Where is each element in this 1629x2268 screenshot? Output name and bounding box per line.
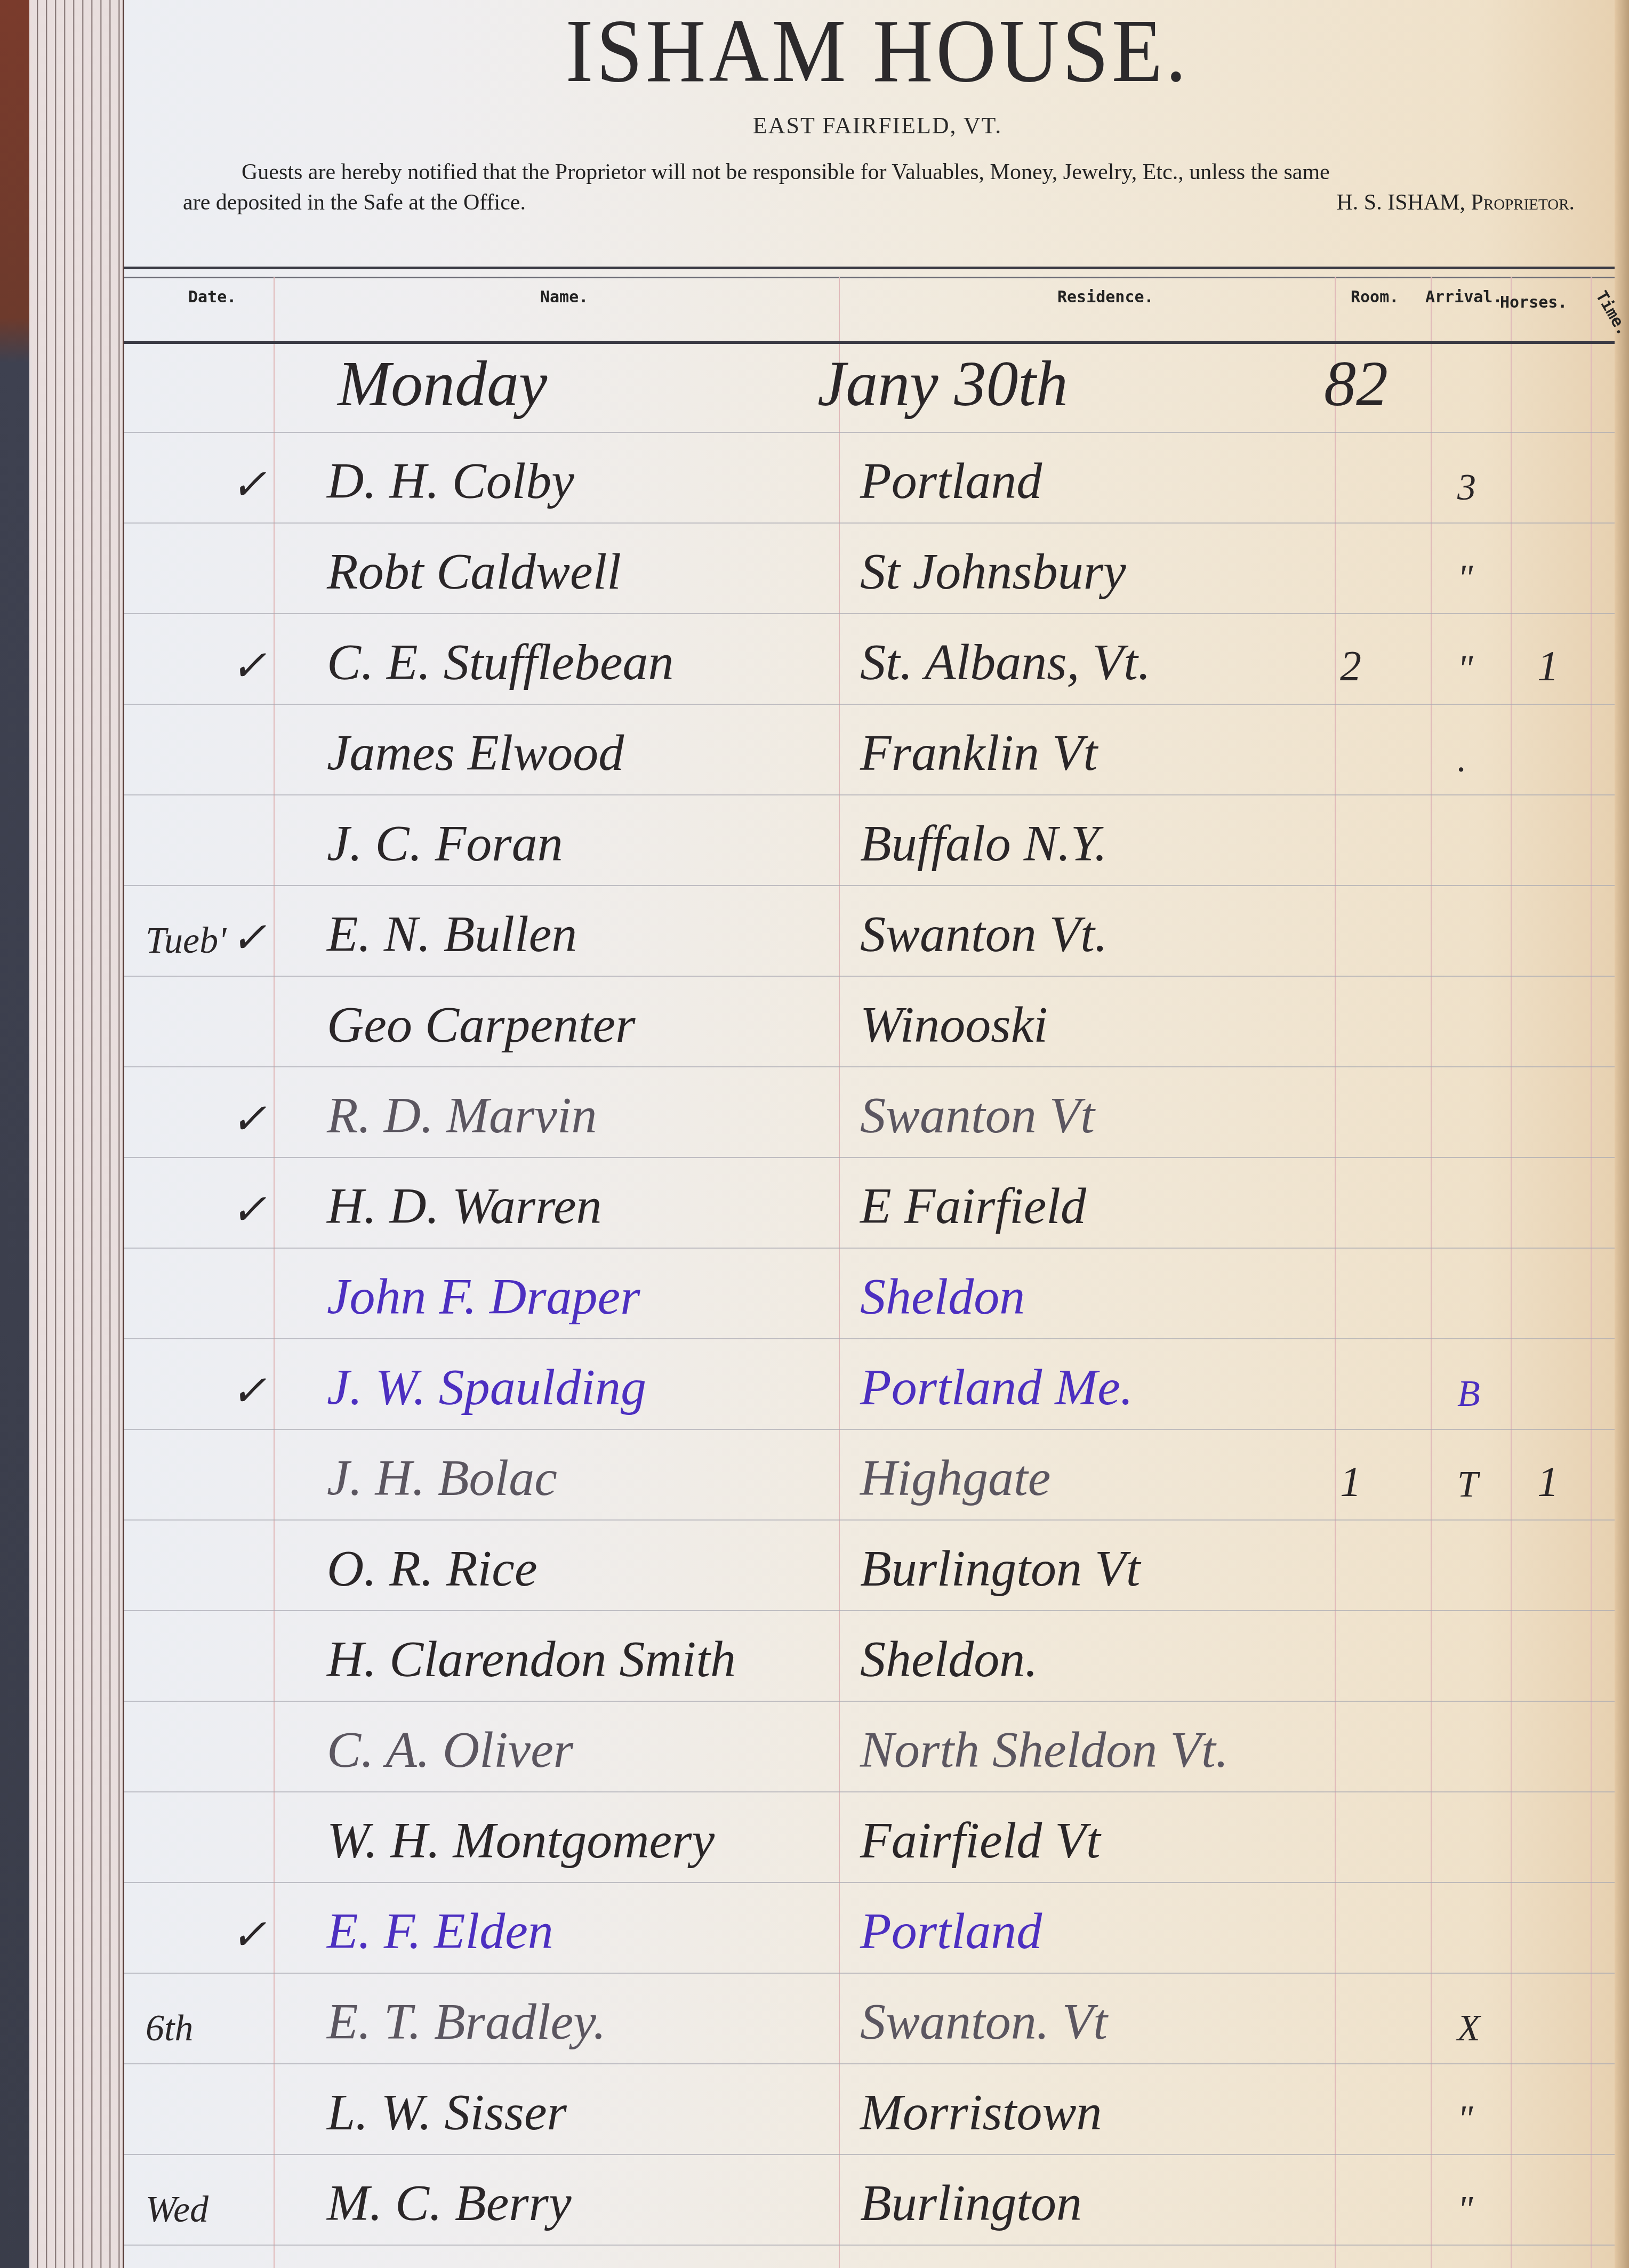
- guest-residence: Portland Me.: [860, 1362, 1133, 1413]
- guest-name: C. A. Oliver: [327, 1724, 573, 1775]
- guest-residence: Burlington Vt: [860, 1543, 1140, 1594]
- guest-name: John F. Draper: [327, 1271, 640, 1322]
- guest-name: J. C. Foran: [327, 818, 563, 869]
- heading-date: Jany 30th: [817, 352, 1068, 416]
- guest-entry-row: Geo Carpenter Winooski: [124, 976, 1615, 1066]
- guest-entry-row: W. H. Montgomery Fairfield Vt: [124, 1791, 1615, 1882]
- guest-entry-row: H. Clarendon Smith Sheldon.: [124, 1610, 1615, 1701]
- ruled-line: [124, 1248, 1615, 1249]
- guest-name: H. Clarendon Smith: [327, 1634, 736, 1685]
- arrival-mark: .: [1457, 741, 1467, 778]
- arrival-mark: 3: [1457, 469, 1476, 506]
- arrival-mark: ": [1457, 650, 1473, 688]
- guest-notice: Guests are hereby notified that the Prop…: [242, 157, 1607, 218]
- room-number: 1: [1340, 1461, 1361, 1503]
- guest-name: D. H. Colby: [327, 455, 574, 506]
- guest-name: R. D. Marvin: [327, 1090, 597, 1141]
- horses-count: 1: [1537, 645, 1559, 688]
- guest-residence: St. Albans, Vt.: [860, 637, 1151, 688]
- guest-residence: Winooski: [860, 999, 1048, 1050]
- guest-name: J. H. Bolac: [327, 1452, 557, 1503]
- guest-name: J. W. Spaulding: [327, 1362, 646, 1413]
- ruled-line: [124, 522, 1615, 524]
- check-mark-icon: ✓: [231, 1098, 267, 1141]
- arrival-mark: ": [1457, 2191, 1473, 2229]
- ruled-line: [124, 1338, 1615, 1339]
- proprietor-signature: H. S. ISHAM, Proprietor.: [1336, 188, 1607, 218]
- check-mark-icon: ✓: [231, 1189, 267, 1232]
- guest-residence: Portland: [860, 455, 1042, 506]
- guest-name: Geo Carpenter: [327, 999, 636, 1050]
- check-mark-icon: ✓: [231, 1370, 267, 1413]
- guest-entry-row: Tueb' ✓ E. N. Bullen Swanton Vt.: [124, 885, 1615, 976]
- arrival-mark: X: [1457, 2010, 1480, 2047]
- horses-count: 1: [1537, 1461, 1559, 1503]
- guest-name: O. R. Rice: [327, 1543, 537, 1594]
- ruled-line: [124, 1519, 1615, 1521]
- guest-residence: Swanton. Vt: [860, 1996, 1108, 2047]
- ruled-line: [124, 794, 1615, 795]
- guest-entry-row: O. R. Rice Burlington Vt: [124, 1519, 1615, 1610]
- guest-entry-row: Robt Caldwell St Johnsbury ": [124, 522, 1615, 613]
- notice-line-2: are deposited in the Safe at the Office.: [183, 188, 526, 218]
- notice-line-2-row: are deposited in the Safe at the Office.…: [183, 188, 1607, 218]
- ruled-line: [124, 1882, 1615, 1883]
- page-stack-edges: [29, 0, 123, 2268]
- ruled-line: [124, 2063, 1615, 2064]
- guest-entry-row: 6th E. T. Bradley. Swanton. Vt X: [124, 1973, 1615, 2063]
- date-mark: Tueb': [146, 922, 226, 960]
- guest-residence: E Fairfield: [860, 1180, 1086, 1232]
- date-mark: 6th: [146, 2010, 193, 2047]
- check-mark-icon: ✓: [231, 645, 267, 688]
- guest-residence: Buffalo N.Y.: [860, 818, 1107, 869]
- page-curl-edge: [1615, 0, 1629, 2268]
- guest-entry-row: ✓ D. H. Colby Portland 3: [124, 432, 1615, 522]
- guest-name: E. T. Bradley.: [327, 1996, 606, 2047]
- guest-entry-row: J. H. Bolac Highgate 1 T 1: [124, 1429, 1615, 1519]
- guest-residence: Swanton Vt: [860, 1090, 1095, 1141]
- arrival-mark: ": [1457, 2101, 1473, 2138]
- hotel-title: ISHAM HOUSE.: [184, 5, 1570, 96]
- check-mark-icon: ✓: [231, 917, 267, 960]
- guest-entry-row: James Elwood Franklin Vt .: [124, 704, 1615, 794]
- guest-residence: Sheldon.: [860, 1634, 1038, 1685]
- guest-residence: Sheldon: [860, 1271, 1025, 1322]
- arrival-mark: B: [1457, 1376, 1480, 1413]
- ruled-line: [124, 2154, 1615, 2155]
- ruled-line: [124, 976, 1615, 977]
- date-heading-row: Monday Jany 30th 82: [124, 341, 1615, 432]
- ruled-line: [124, 432, 1615, 433]
- column-header-arrival: Arrival.: [1425, 288, 1503, 307]
- check-mark-icon: ✓: [231, 1914, 267, 1957]
- column-header-row: Date. Name. Residence. Room. Arrival. Ho…: [124, 283, 1615, 336]
- date-mark: Wed: [146, 2191, 208, 2229]
- guest-entry-row: ✓ J. W. Spaulding Portland Me. B: [124, 1338, 1615, 1429]
- notice-line-1: Guests are hereby notified that the Prop…: [242, 157, 1607, 188]
- check-mark-icon: ✓: [231, 464, 267, 506]
- guest-residence: Highgate: [860, 1452, 1050, 1503]
- guest-entry-row: C. A. Oliver North Sheldon Vt.: [124, 1701, 1615, 1791]
- guest-entry-row: ✓ H. D. Warren E Fairfield: [124, 1157, 1615, 1248]
- ruled-line: [124, 1791, 1615, 1792]
- guest-entry-row: ✓ C. E. Stufflebean St. Albans, Vt. 2 " …: [124, 613, 1615, 704]
- ruled-line: [124, 1701, 1615, 1702]
- guest-entry-row: L. W. Sisser Morristown ": [124, 2063, 1615, 2154]
- guest-entry-row: ✓ E. F. Elden Portland: [124, 1882, 1615, 1973]
- header-rule-top: [124, 267, 1615, 278]
- guest-name: E. F. Elden: [327, 1905, 553, 1957]
- ruled-line: [124, 885, 1615, 886]
- ruled-line: [124, 704, 1615, 705]
- guest-name: W. H. Montgomery: [327, 1815, 715, 1866]
- book-binding: [0, 0, 32, 2268]
- heading-year: 82: [1324, 352, 1388, 416]
- arrival-mark: T: [1457, 1466, 1478, 1503]
- column-header-residence: Residence.: [1057, 288, 1154, 307]
- column-header-room: Room.: [1351, 288, 1399, 307]
- guest-name: L. W. Sisser: [327, 2087, 567, 2138]
- guest-entry-row: ✓ R. D. Marvin Swanton Vt: [124, 1066, 1615, 1157]
- room-number: 2: [1340, 645, 1361, 688]
- guest-residence: Franklin Vt: [860, 727, 1097, 778]
- guest-name: Robt Caldwell: [327, 546, 621, 597]
- guest-residence: Morristown: [860, 2087, 1102, 2138]
- guest-residence: North Sheldon Vt.: [860, 1724, 1229, 1775]
- column-header-name: Name.: [540, 288, 588, 307]
- ruled-line: [124, 1066, 1615, 1067]
- ruled-line: [124, 2245, 1615, 2246]
- register-page: ISHAM HOUSE. EAST FAIRFIELD, VT. Guests …: [123, 0, 1629, 2268]
- guest-entry-row: John F. Draper Sheldon: [124, 1248, 1615, 1338]
- guest-residence: Fairfield Vt: [860, 1815, 1101, 1866]
- guest-name: C. E. Stufflebean: [327, 637, 674, 688]
- guest-entry-row: J. C. Foran Buffalo N.Y.: [124, 794, 1615, 885]
- arrival-mark: ": [1457, 560, 1473, 597]
- ruled-line: [124, 1610, 1615, 1611]
- guest-residence: Burlington: [860, 2177, 1082, 2229]
- heading-day: Monday: [338, 352, 547, 416]
- hotel-location: EAST FAIRFIELD, VT.: [124, 112, 1629, 139]
- guest-entry-row: Wed M. C. Berry Burlington ": [124, 2154, 1615, 2245]
- column-header-horses: Horses.: [1500, 293, 1567, 312]
- guest-residence: St Johnsbury: [860, 546, 1126, 597]
- ruled-line: [124, 1973, 1615, 1974]
- guest-name: M. C. Berry: [327, 2177, 572, 2229]
- ruled-line: [124, 1157, 1615, 1158]
- guest-residence: Swanton Vt.: [860, 908, 1108, 960]
- ruled-line: [124, 1429, 1615, 1430]
- column-header-date: Date.: [188, 288, 236, 307]
- guest-residence: Portland: [860, 1905, 1042, 1957]
- guest-name: H. D. Warren: [327, 1180, 602, 1232]
- guest-name: E. N. Bullen: [327, 908, 577, 960]
- ruled-line: [124, 613, 1615, 614]
- guest-name: James Elwood: [327, 727, 624, 778]
